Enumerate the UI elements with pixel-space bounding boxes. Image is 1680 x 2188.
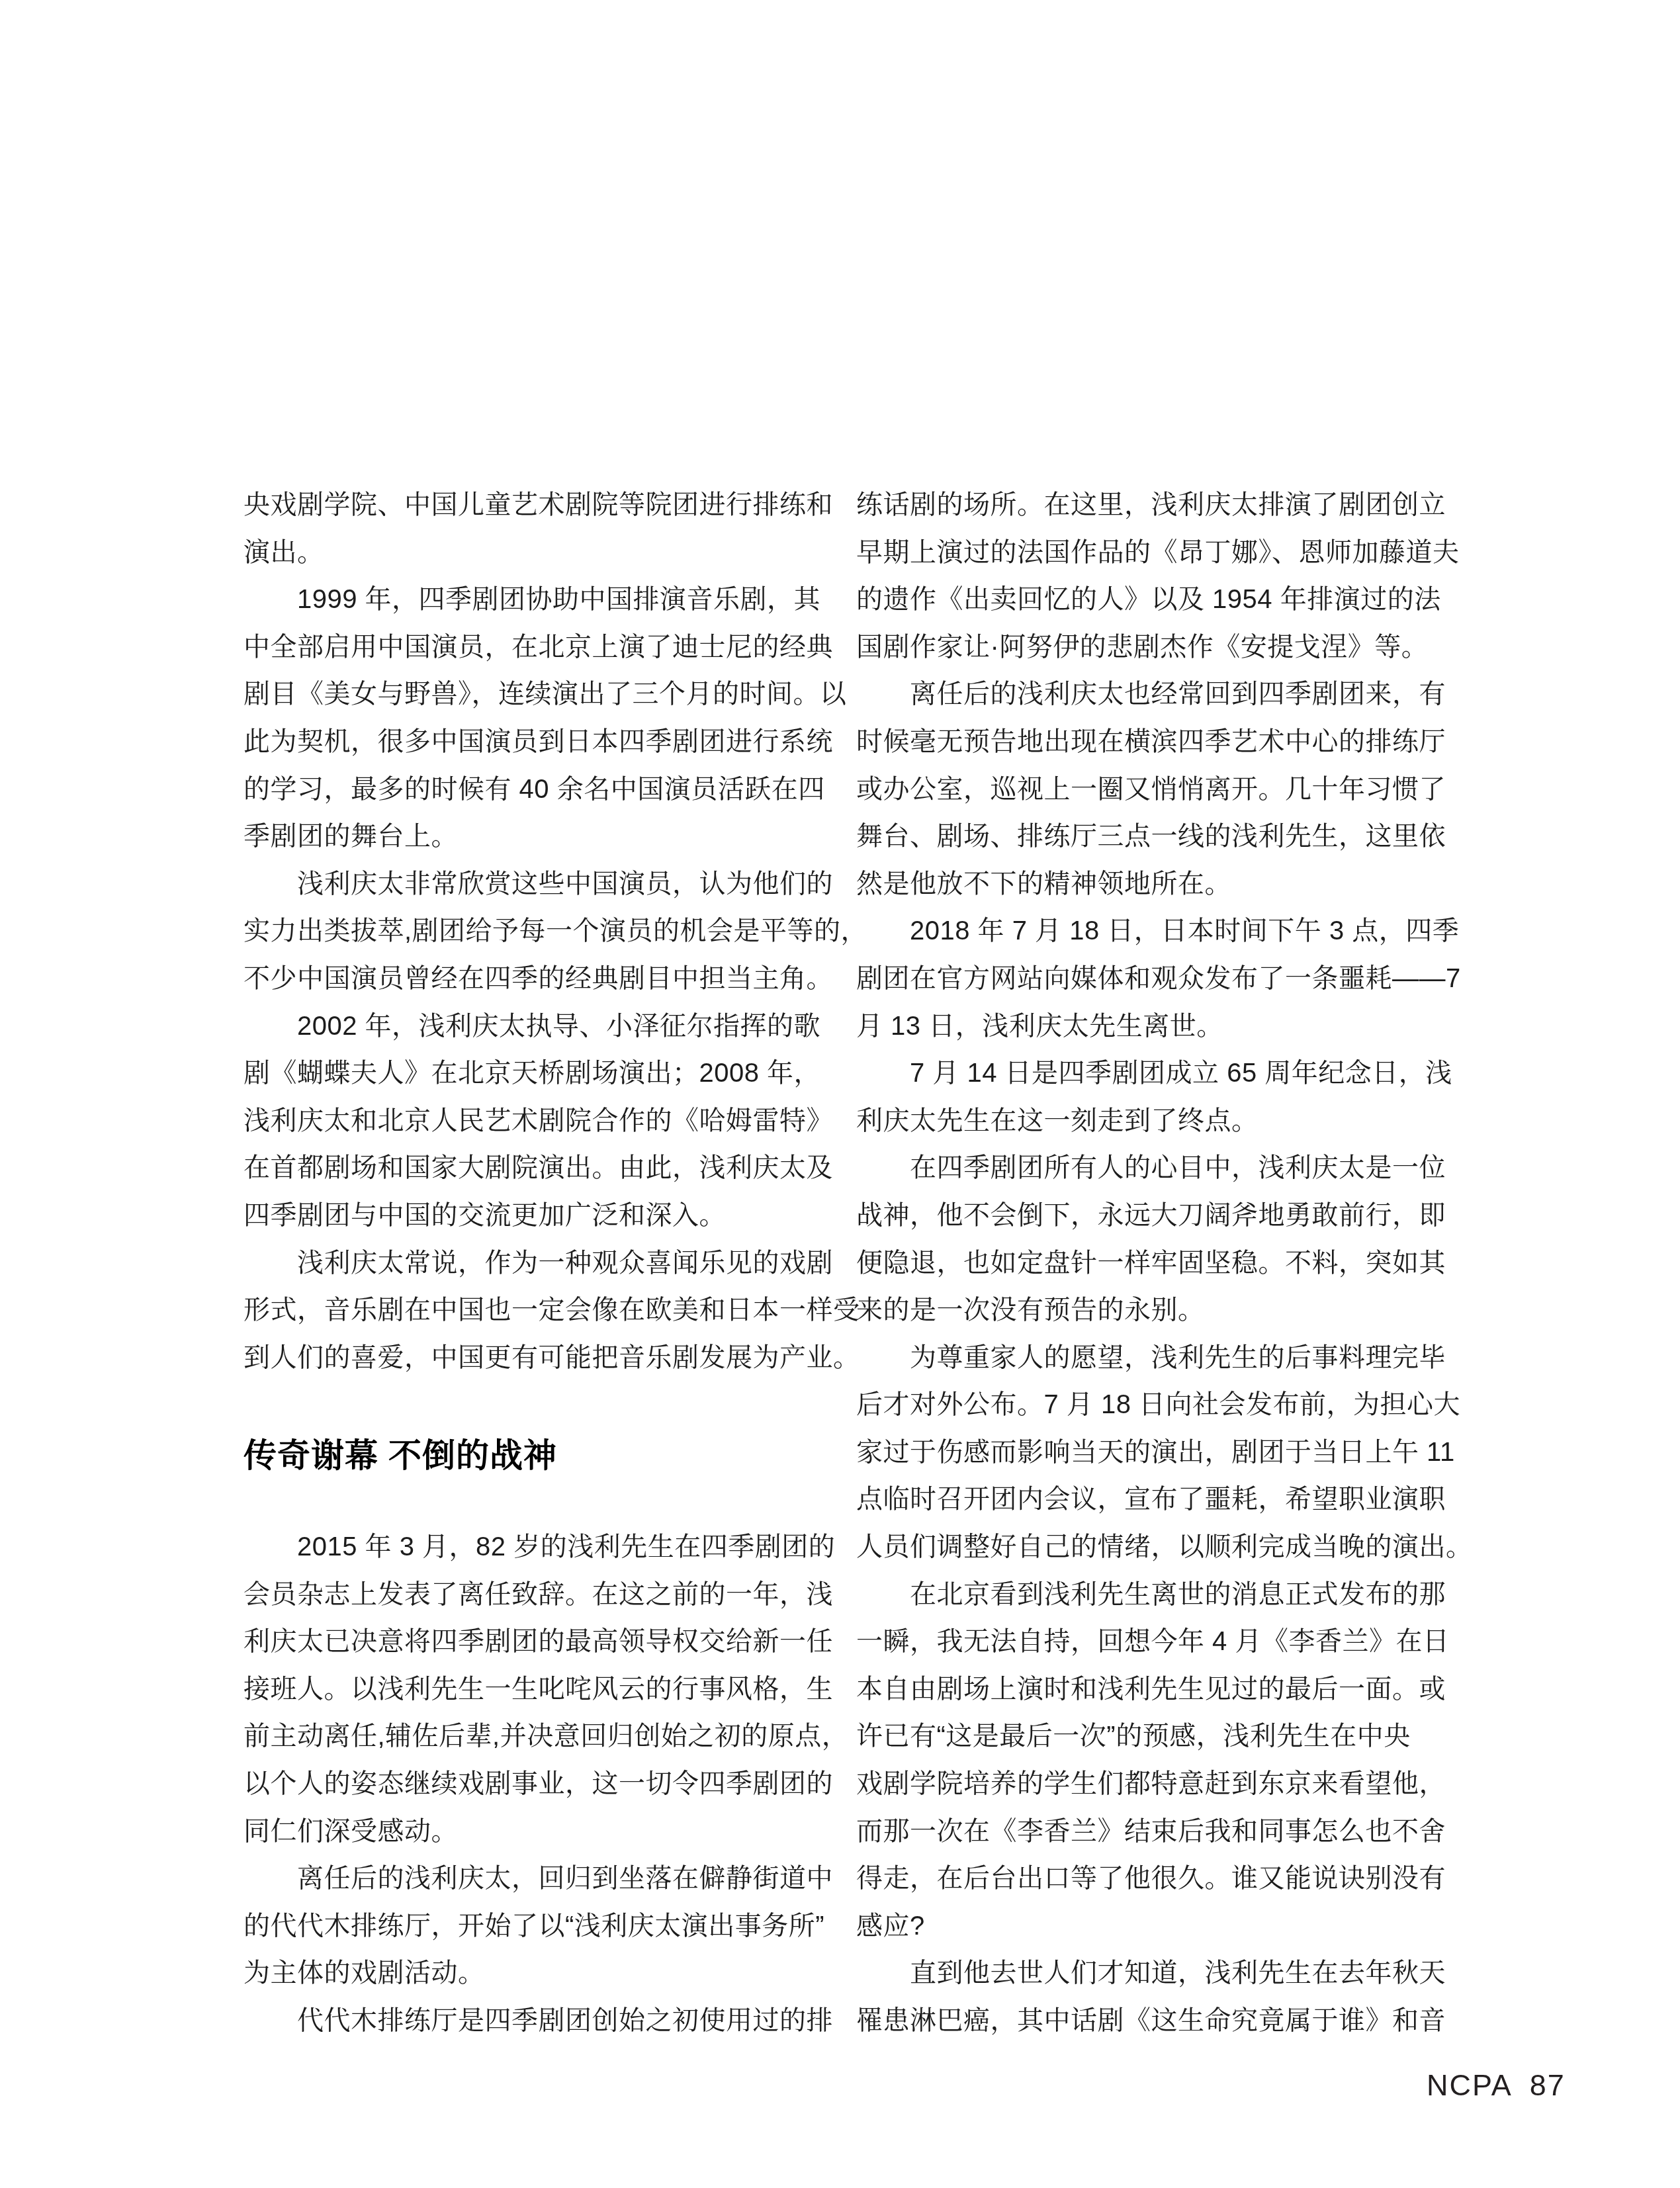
page-number: 87	[1530, 2068, 1566, 2103]
text-line: 人员们调整好自己的情绪，以顺利完成当晚的演出。	[856, 1524, 1442, 1571]
text-line: 浅利庆太非常欣赏这些中国演员，认为他们的	[243, 861, 830, 908]
text-line: 国剧作家让·阿努伊的悲剧杰作《安提戈涅》等。	[856, 624, 1442, 672]
text-line: 形式，音乐剧在中国也一定会像在欧美和日本一样受	[243, 1287, 830, 1335]
text-line: 季剧团的舞台上。	[243, 813, 830, 861]
text-line: 练话剧的场所。在这里，浅利庆太排演了剧团创立	[856, 482, 1442, 529]
right-column: 练话剧的场所。在这里，浅利庆太排演了剧团创立早期上演过的法国作品的《昂丁娜》、恩…	[856, 482, 1442, 2045]
text-line: 家过于伤感而影响当天的演出，剧团于当日上午 11	[856, 1429, 1442, 1477]
text-line: 中全部启用中国演员，在北京上演了迪士尼的经典	[243, 624, 830, 672]
text-line: 戏剧学院培养的学生们都特意赶到东京来看望他，	[856, 1761, 1442, 1808]
text-line: 1999 年，四季剧团协助中国排演音乐剧，其	[243, 576, 830, 624]
text-line: 为尊重家人的愿望，浅利先生的后事料理完毕	[856, 1335, 1442, 1382]
text-line: 同仁们深受感动。	[243, 1808, 830, 1856]
text-line: 剧目《美女与野兽》，连续演出了三个月的时间。以	[243, 671, 830, 719]
text-line: 演出。	[243, 529, 830, 577]
text-line: 浅利庆太和北京人民艺术剧院合作的《哈姆雷特》	[243, 1098, 830, 1145]
text-line: 或办公室，巡视上一圈又悄悄离开。几十年习惯了	[856, 766, 1442, 814]
text-line: 本自由剧场上演时和浅利先生见过的最后一面。或	[856, 1666, 1442, 1714]
text-line: 来的是一次没有预告的永别。	[856, 1287, 1442, 1335]
text-line: 而那一次在《李香兰》结束后我和同事怎么也不舍	[856, 1808, 1442, 1856]
text-line: 接班人。以浅利先生一生叱咤风云的行事风格，生	[243, 1666, 830, 1714]
text-line: 离任后的浅利庆太也经常回到四季剧团来，有	[856, 671, 1442, 719]
text-line: 四季剧团与中国的交流更加广泛和深入。	[243, 1192, 830, 1240]
text-line: 后才对外公布。7 月 18 日向社会发布前，为担心大	[856, 1381, 1442, 1429]
text-line: 为主体的戏剧活动。	[243, 1950, 830, 1997]
text-line: 月 13 日，浅利庆太先生离世。	[856, 1003, 1442, 1051]
page-footer: NCPA 87	[1427, 2068, 1566, 2103]
text-line: 感应?	[856, 1903, 1442, 1950]
text-line: 直到他去世人们才知道，浅利先生在去年秋天	[856, 1950, 1442, 1997]
text-line: 剧团在官方网站向媒体和观众发布了一条噩耗——7	[856, 955, 1442, 1003]
magazine-page: 央戏剧学院、中国儿童艺术剧院等院团进行排练和演出。 1999 年，四季剧团协助中…	[0, 0, 1680, 2188]
text-line: 一瞬，我无法自持，回想今年 4 月《李香兰》在日	[856, 1618, 1442, 1666]
text-line: 前主动离任,辅佐后辈,并决意回归创始之初的原点，	[243, 1713, 830, 1761]
text-line: 罹患淋巴癌，其中话剧《这生命究竟属于谁》和音	[856, 1997, 1442, 2045]
left-column: 央戏剧学院、中国儿童艺术剧院等院团进行排练和演出。 1999 年，四季剧团协助中…	[243, 482, 830, 2045]
text-line: 的学习，最多的时候有 40 余名中国演员活跃在四	[243, 766, 830, 814]
text-line: 剧《蝴蝶夫人》在北京天桥剧场演出；2008 年，	[243, 1050, 830, 1098]
section-heading: 传奇谢幕 不倒的战神	[243, 1381, 830, 1524]
text-line: 央戏剧学院、中国儿童艺术剧院等院团进行排练和	[243, 482, 830, 529]
text-line: 舞台、剧场、排练厅三点一线的浅利先生，这里依	[856, 813, 1442, 861]
text-line: 2018 年 7 月 18 日，日本时间下午 3 点，四季	[856, 908, 1442, 955]
text-line: 战神，他不会倒下，永远大刀阔斧地勇敢前行，即	[856, 1192, 1442, 1240]
text-line: 在四季剧团所有人的心目中，浅利庆太是一位	[856, 1145, 1442, 1192]
text-line: 离任后的浅利庆太，回归到坐落在僻静街道中	[243, 1855, 830, 1903]
left-column-top-text: 央戏剧学院、中国儿童艺术剧院等院团进行排练和演出。 1999 年，四季剧团协助中…	[243, 482, 830, 1381]
text-line: 时候毫无预告地出现在横滨四季艺术中心的排练厅	[856, 719, 1442, 766]
text-line: 的代代木排练厅，开始了以“浅利庆太演出事务所”	[243, 1903, 830, 1950]
text-line: 早期上演过的法国作品的《昂丁娜》、恩师加藤道夫	[856, 529, 1442, 577]
text-line: 此为契机，很多中国演员到日本四季剧团进行系统	[243, 719, 830, 766]
text-line: 得走，在后台出口等了他很久。谁又能说诀别没有	[856, 1855, 1442, 1903]
text-line: 到人们的喜爱，中国更有可能把音乐剧发展为产业。	[243, 1335, 830, 1382]
text-line: 实力出类拔萃,剧团给予每一个演员的机会是平等的，	[243, 908, 830, 955]
left-column-bottom-text: 2015 年 3 月，82 岁的浅利先生在四季剧团的会员杂志上发表了离任致辞。在…	[243, 1524, 830, 2045]
text-line: 利庆太已决意将四季剧团的最高领导权交给新一任	[243, 1618, 830, 1666]
text-line: 以个人的姿态继续戏剧事业，这一切令四季剧团的	[243, 1761, 830, 1808]
right-column-text: 练话剧的场所。在这里，浅利庆太排演了剧团创立早期上演过的法国作品的《昂丁娜》、恩…	[856, 482, 1442, 2045]
text-line: 许已有“这是最后一次”的预感，浅利先生在中央	[856, 1713, 1442, 1761]
text-line: 点临时召开团内会议，宣布了噩耗，希望职业演职	[856, 1476, 1442, 1524]
text-line: 利庆太先生在这一刻走到了终点。	[856, 1098, 1442, 1145]
text-line: 7 月 14 日是四季剧团成立 65 周年纪念日，浅	[856, 1050, 1442, 1098]
text-line: 2015 年 3 月，82 岁的浅利先生在四季剧团的	[243, 1524, 830, 1571]
text-line: 的遗作《出卖回忆的人》以及 1954 年排演过的法	[856, 576, 1442, 624]
text-line: 在首都剧场和国家大剧院演出。由此，浅利庆太及	[243, 1145, 830, 1192]
text-line: 不少中国演员曾经在四季的经典剧目中担当主角。	[243, 955, 830, 1003]
text-line: 然是他放不下的精神领地所在。	[856, 861, 1442, 908]
journal-name: NCPA	[1427, 2068, 1513, 2103]
text-line: 代代木排练厅是四季剧团创始之初使用过的排	[243, 1997, 830, 2045]
text-line: 浅利庆太常说，作为一种观众喜闻乐见的戏剧	[243, 1240, 830, 1288]
text-line: 便隐退，也如定盘针一样牢固坚稳。不料，突如其	[856, 1240, 1442, 1288]
text-line: 在北京看到浅利先生离世的消息正式发布的那	[856, 1571, 1442, 1619]
text-line: 会员杂志上发表了离任致辞。在这之前的一年，浅	[243, 1571, 830, 1619]
text-line: 2002 年，浅利庆太执导、小泽征尔指挥的歌	[243, 1003, 830, 1051]
